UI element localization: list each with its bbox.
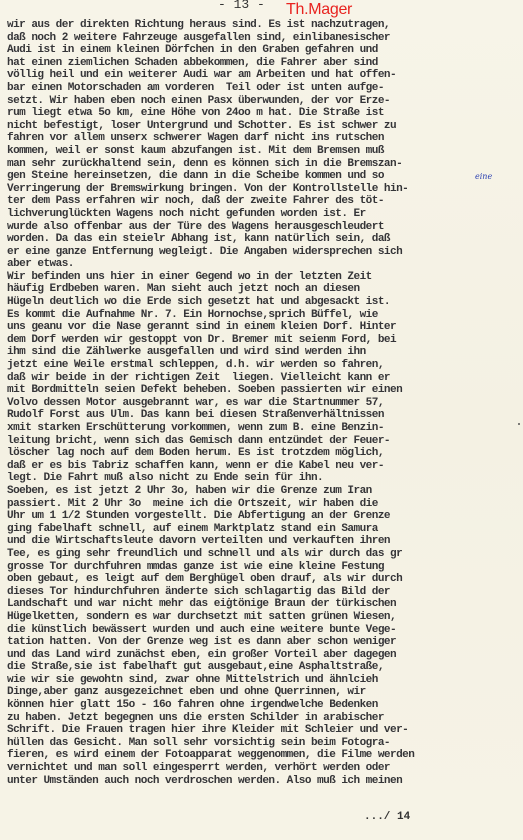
paper-speck (518, 423, 520, 425)
text-line: häufig Erdbeben waren. Man sieht auch je… (7, 283, 523, 296)
text-line: worden. Da das ein steielr Abhang ist, k… (7, 233, 523, 246)
author-stamp: Th.Mager (286, 1, 352, 19)
text-line: uns geanu vor die Nase gerannt sind in e… (7, 321, 523, 334)
text-line: hüllen das Gesicht. Man soll sehr vorsic… (7, 737, 523, 750)
text-line: Landschaft und war nicht mehr das eiġtön… (7, 598, 523, 611)
text-line: können hier glatt 15o - 16o fahren ohne … (7, 699, 523, 712)
text-line: und die Wirtschaftsleute davorn verteilt… (7, 535, 523, 548)
text-line: kommen, weil er sonst kaum abzufangen is… (7, 145, 523, 158)
text-line: tation hatten. Von der Grenze weg ist es… (7, 636, 523, 649)
text-line: unter Umständen auch noch verdroschen we… (7, 775, 523, 788)
text-line: leitung bricht, wenn sich das Gemisch da… (7, 435, 523, 448)
text-line: Tee, es ging sehr freundlich und schnell… (7, 548, 523, 561)
text-line: die künstlich bewässert wurden und auch … (7, 624, 523, 637)
text-line: völlig heil und ein weiterer Audi war am… (7, 69, 523, 82)
text-line: Hügelketten, sondern es war durchsetzt m… (7, 611, 523, 624)
text-line: vernichtet und man soll eingesperrt werd… (7, 762, 523, 775)
text-line: setzt. Wir haben eben noch einen Pasx üb… (7, 95, 523, 108)
text-line: zu haben. Jetzt begegnen uns die ersten … (7, 712, 523, 725)
page-number: - 13 - (218, 0, 265, 12)
text-line: xmit starken Erschütterung vorkommen, we… (7, 422, 523, 435)
text-line: oben gebaut, es leigt auf dem Berghügel … (7, 573, 523, 586)
text-line: Soeben, es ist jetzt 2 Uhr 3o, haben wir… (7, 485, 523, 498)
text-line: wir aus der direkten Richtung heraus sin… (7, 19, 523, 32)
text-line: dem Dorf werden wir gestoppt von Dr. Bre… (7, 334, 523, 347)
text-line: daß noch 2 weitere Fahrzeuge ausgefallen… (7, 32, 523, 45)
text-line: aber etwas. (7, 258, 523, 271)
text-line: legt. Die Fahrt muß also nicht zu Ende s… (7, 472, 523, 485)
text-line: fahren vor allem unserx schwerer Wagen d… (7, 132, 523, 145)
text-line: ter dem Pass erfahren wir noch, daß der … (7, 195, 523, 208)
typewritten-page: - 13 - Th.Mager wir aus der direkten Ric… (0, 0, 523, 840)
text-line: grosse Tor durchfuhren mmdas ganze ist w… (7, 561, 523, 574)
text-line: löscher lag noch auf dem Boden herum. Es… (7, 447, 523, 460)
text-line: Uhr um 1 1/2 Stunden vorgestellt. Die Ab… (7, 510, 523, 523)
text-line: Hügeln deutlich wo die Erde sich gesetzt… (7, 296, 523, 309)
handwritten-annotation: eine (475, 172, 492, 181)
text-line: bar einen Motorschaden am vorderen Teil … (7, 82, 523, 95)
text-line: passiert. Mit 2 Uhr 3o meine ich die Ort… (7, 498, 523, 511)
text-line: ging fabelhaft schnell, auf einem Marktp… (7, 523, 523, 536)
text-line: wie wir sie gewohtn sind, zwar ohne Mitt… (7, 674, 523, 687)
text-line: lichverunglückten Wagens noch nicht gefu… (7, 208, 523, 221)
text-line: Es kommt die Aufnahme Nr. 7. Ein Hornoch… (7, 309, 523, 322)
text-line: rum liegt etwa 5o km, eine Höhe von 24oo… (7, 107, 523, 120)
continuation-marker: .../ 14 (364, 811, 410, 823)
text-line: er eine ganze Entfernung wegleigt. Die A… (7, 246, 523, 259)
text-line: jetzt eine Weile erstmal schleppen, d.h.… (7, 359, 523, 372)
text-line: nicht befestigt, loser Untergrund und Sc… (7, 120, 523, 133)
text-line: die Straße,sie ist fabelhaft gut ausgeba… (7, 661, 523, 674)
text-line: und das Land wird zunächst eben, ein gro… (7, 649, 523, 662)
text-line: daß wir beide in der richtigen Zeit lieg… (7, 372, 523, 385)
text-line: dieses Tor hindurchfuhren änderte sich s… (7, 586, 523, 599)
text-line: fieren, es wird einem der Fotoapparat we… (7, 749, 523, 762)
text-line: Verringerung der Bremswirkung bringen. V… (7, 183, 523, 196)
text-line: ihm sind die Zählwerke ausgefallen und w… (7, 346, 523, 359)
text-line: daß er es bis Tabriz schaffen kann, wenn… (7, 460, 523, 473)
text-line: Volvo dessen Motor ausgebrannt war, es w… (7, 397, 523, 410)
text-line: Audi ist in einem kleinen Dörfchen in de… (7, 44, 523, 57)
text-line: Schrift. Die Frauen tragen hier ihre Kle… (7, 724, 523, 737)
text-line: Wir befinden uns hier in einer Gegend wo… (7, 271, 523, 284)
text-line: man sehr zurückhaltend sein, denn es kön… (7, 158, 523, 171)
text-line: Dinge,aber ganz ausgezeichnet eben und o… (7, 686, 523, 699)
text-line: wurde also offenbar aus der Türe des Wag… (7, 221, 523, 234)
body-text: wir aus der direkten Richtung heraus sin… (7, 19, 523, 787)
text-line: hat einen ziemlichen Schaden abbekommen,… (7, 57, 523, 70)
text-line: mit Bordmitteln seien Defekt beheben. So… (7, 384, 523, 397)
text-line: Rudolf Forst aus Ulm. Das kann bei diese… (7, 409, 523, 422)
text-line: gen Steine hereinsetzen, die dann in die… (7, 170, 523, 183)
